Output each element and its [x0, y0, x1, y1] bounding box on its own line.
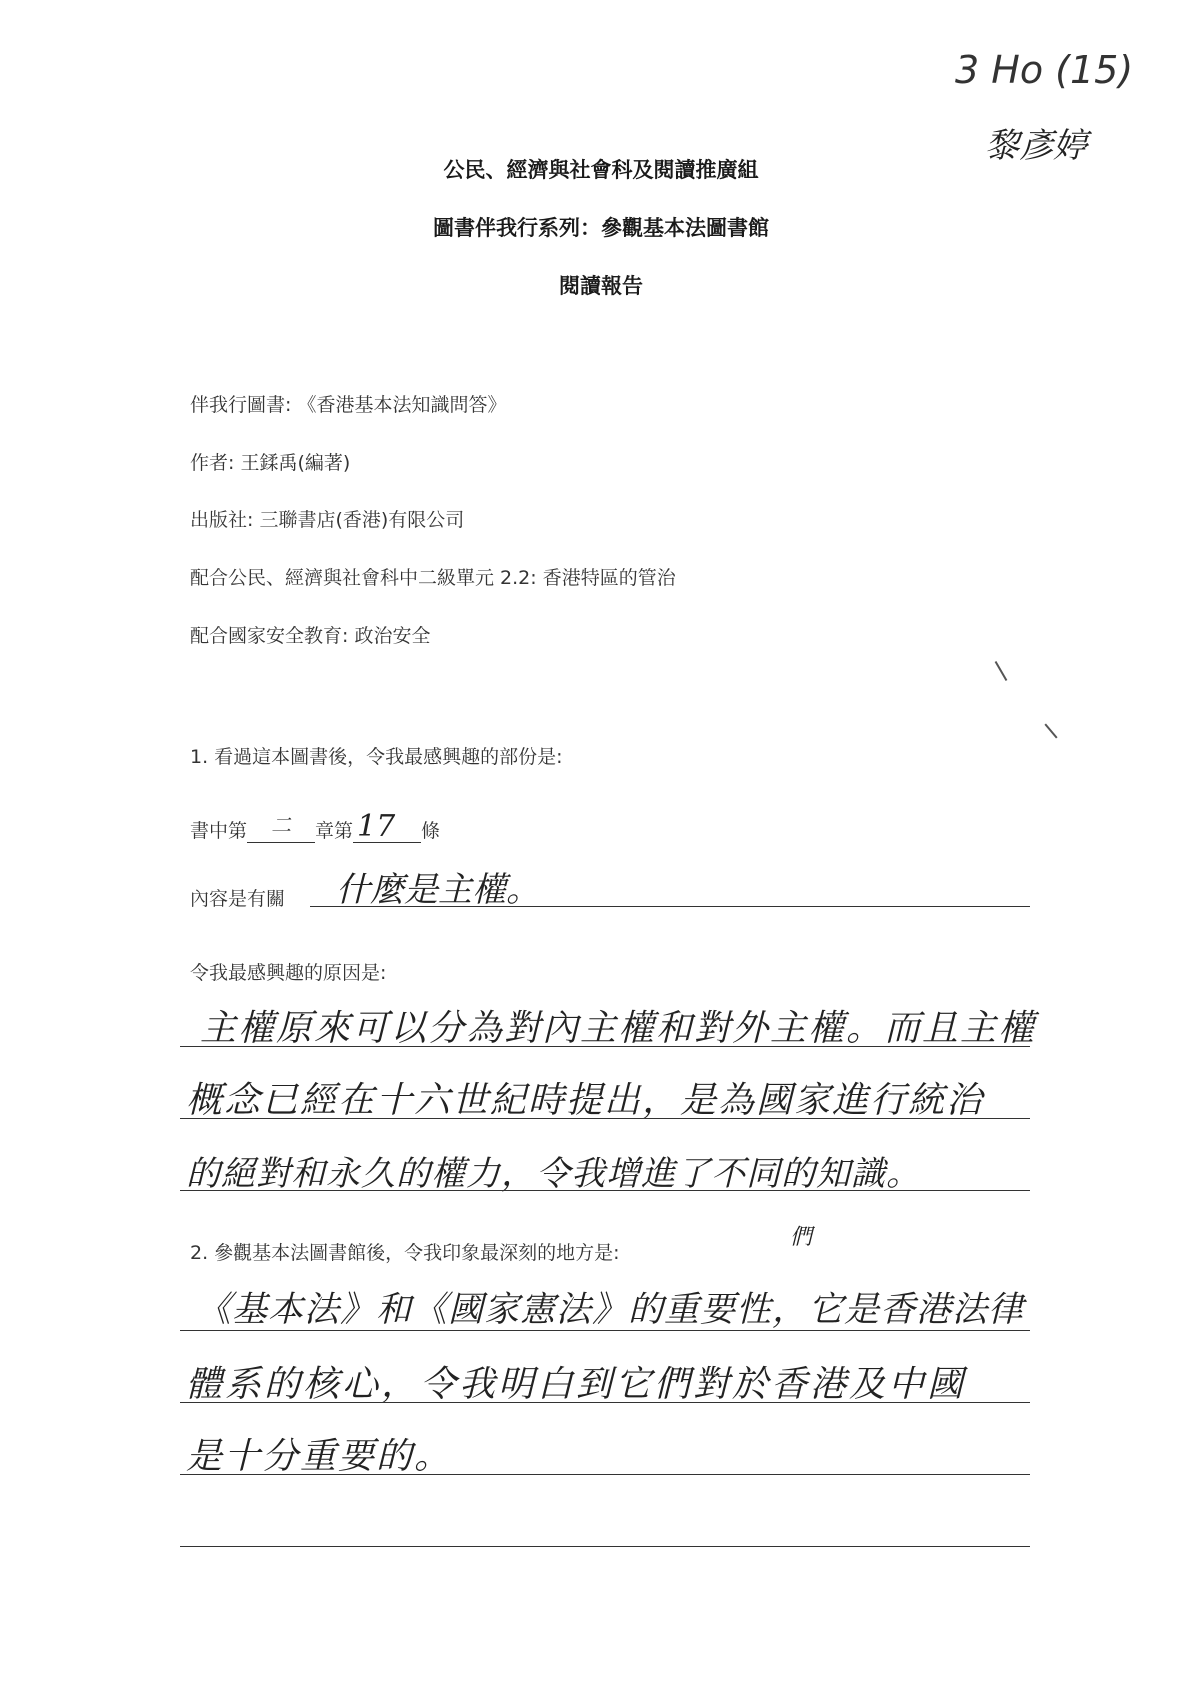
reason-label: 令我最感興趣的原因是: [190, 958, 386, 985]
reason-rule-3 [180, 1190, 1030, 1191]
reason-answer-line-3[interactable]: 的絕對和永久的權力，令我增進了不同的知識。 [186, 1146, 921, 1195]
series-title: 圖書伴我行系列：參觀基本法圖書館 [0, 212, 1202, 242]
reason-rule-1 [180, 1046, 1030, 1047]
reason-answer-line-2[interactable]: 概念已經在十六世紀時提出，是為國家進行統治 [186, 1072, 984, 1123]
reason-answer-line-1[interactable]: 主權原來可以分為對內主權和對外主權。而且主權 [200, 1000, 1036, 1051]
reason-rule-2 [180, 1118, 1030, 1119]
question-1-prompt: 1. 看過這本圖書後，令我最感興趣的部份是: [190, 742, 563, 769]
author-line: 作者: 王鍒禹(編著) [190, 448, 350, 475]
curriculum-unit-line: 配合公民、經濟與社會科中二級單元 2.2: 香港特區的管治 [190, 563, 676, 590]
content-value[interactable]: 什麼是主權。 [336, 862, 540, 911]
publisher-line: 出版社: 三聯書店(香港)有限公司 [190, 505, 464, 532]
content-label: 內容是有關 [190, 884, 285, 911]
stray-pen-mark [1044, 723, 1057, 738]
article-suffix: 條 [421, 816, 440, 843]
national-security-line: 配合國家安全教育: 政治安全 [190, 621, 430, 648]
chapter-mid: 章第 [315, 816, 353, 843]
impression-rule-4 [180, 1546, 1030, 1547]
impression-rule-1 [180, 1330, 1030, 1331]
impression-answer-line-1[interactable]: 《基本法》和《國家憲法》的重要性，它是香港法律 [196, 1282, 1024, 1332]
document-type-title: 閱讀報告 [0, 270, 1202, 300]
chapter-article-line: 書中第 二 章第 17 條 [190, 812, 440, 843]
chapter-field[interactable]: 二 [247, 813, 315, 843]
stray-pen-mark [995, 661, 1008, 681]
impression-answer-line-3[interactable]: 是十分重要的。 [186, 1428, 452, 1479]
impression-answer-line-2[interactable]: 體系的核心，令我明白到它們對於香港及中國 [186, 1356, 966, 1407]
book-title-line: 伴我行圖書: 《香港基本法知識問答》 [190, 390, 506, 417]
chapter-prefix: 書中第 [190, 816, 247, 843]
class-number-annotation: 3 Ho (15) [955, 48, 1133, 92]
article-field[interactable]: 17 [353, 812, 421, 843]
impression-rule-3 [180, 1474, 1030, 1475]
department-title: 公民、經濟與社會科及閱讀推廣組 [0, 154, 1202, 184]
question-2-prompt: 2. 參觀基本法圖書館後，令我印象最深刻的地方是: [190, 1238, 620, 1265]
insert-correction-note: 們 [790, 1220, 812, 1251]
article-value: 17 [357, 809, 395, 844]
impression-rule-2 [180, 1402, 1030, 1403]
chapter-value: 二 [271, 813, 291, 837]
